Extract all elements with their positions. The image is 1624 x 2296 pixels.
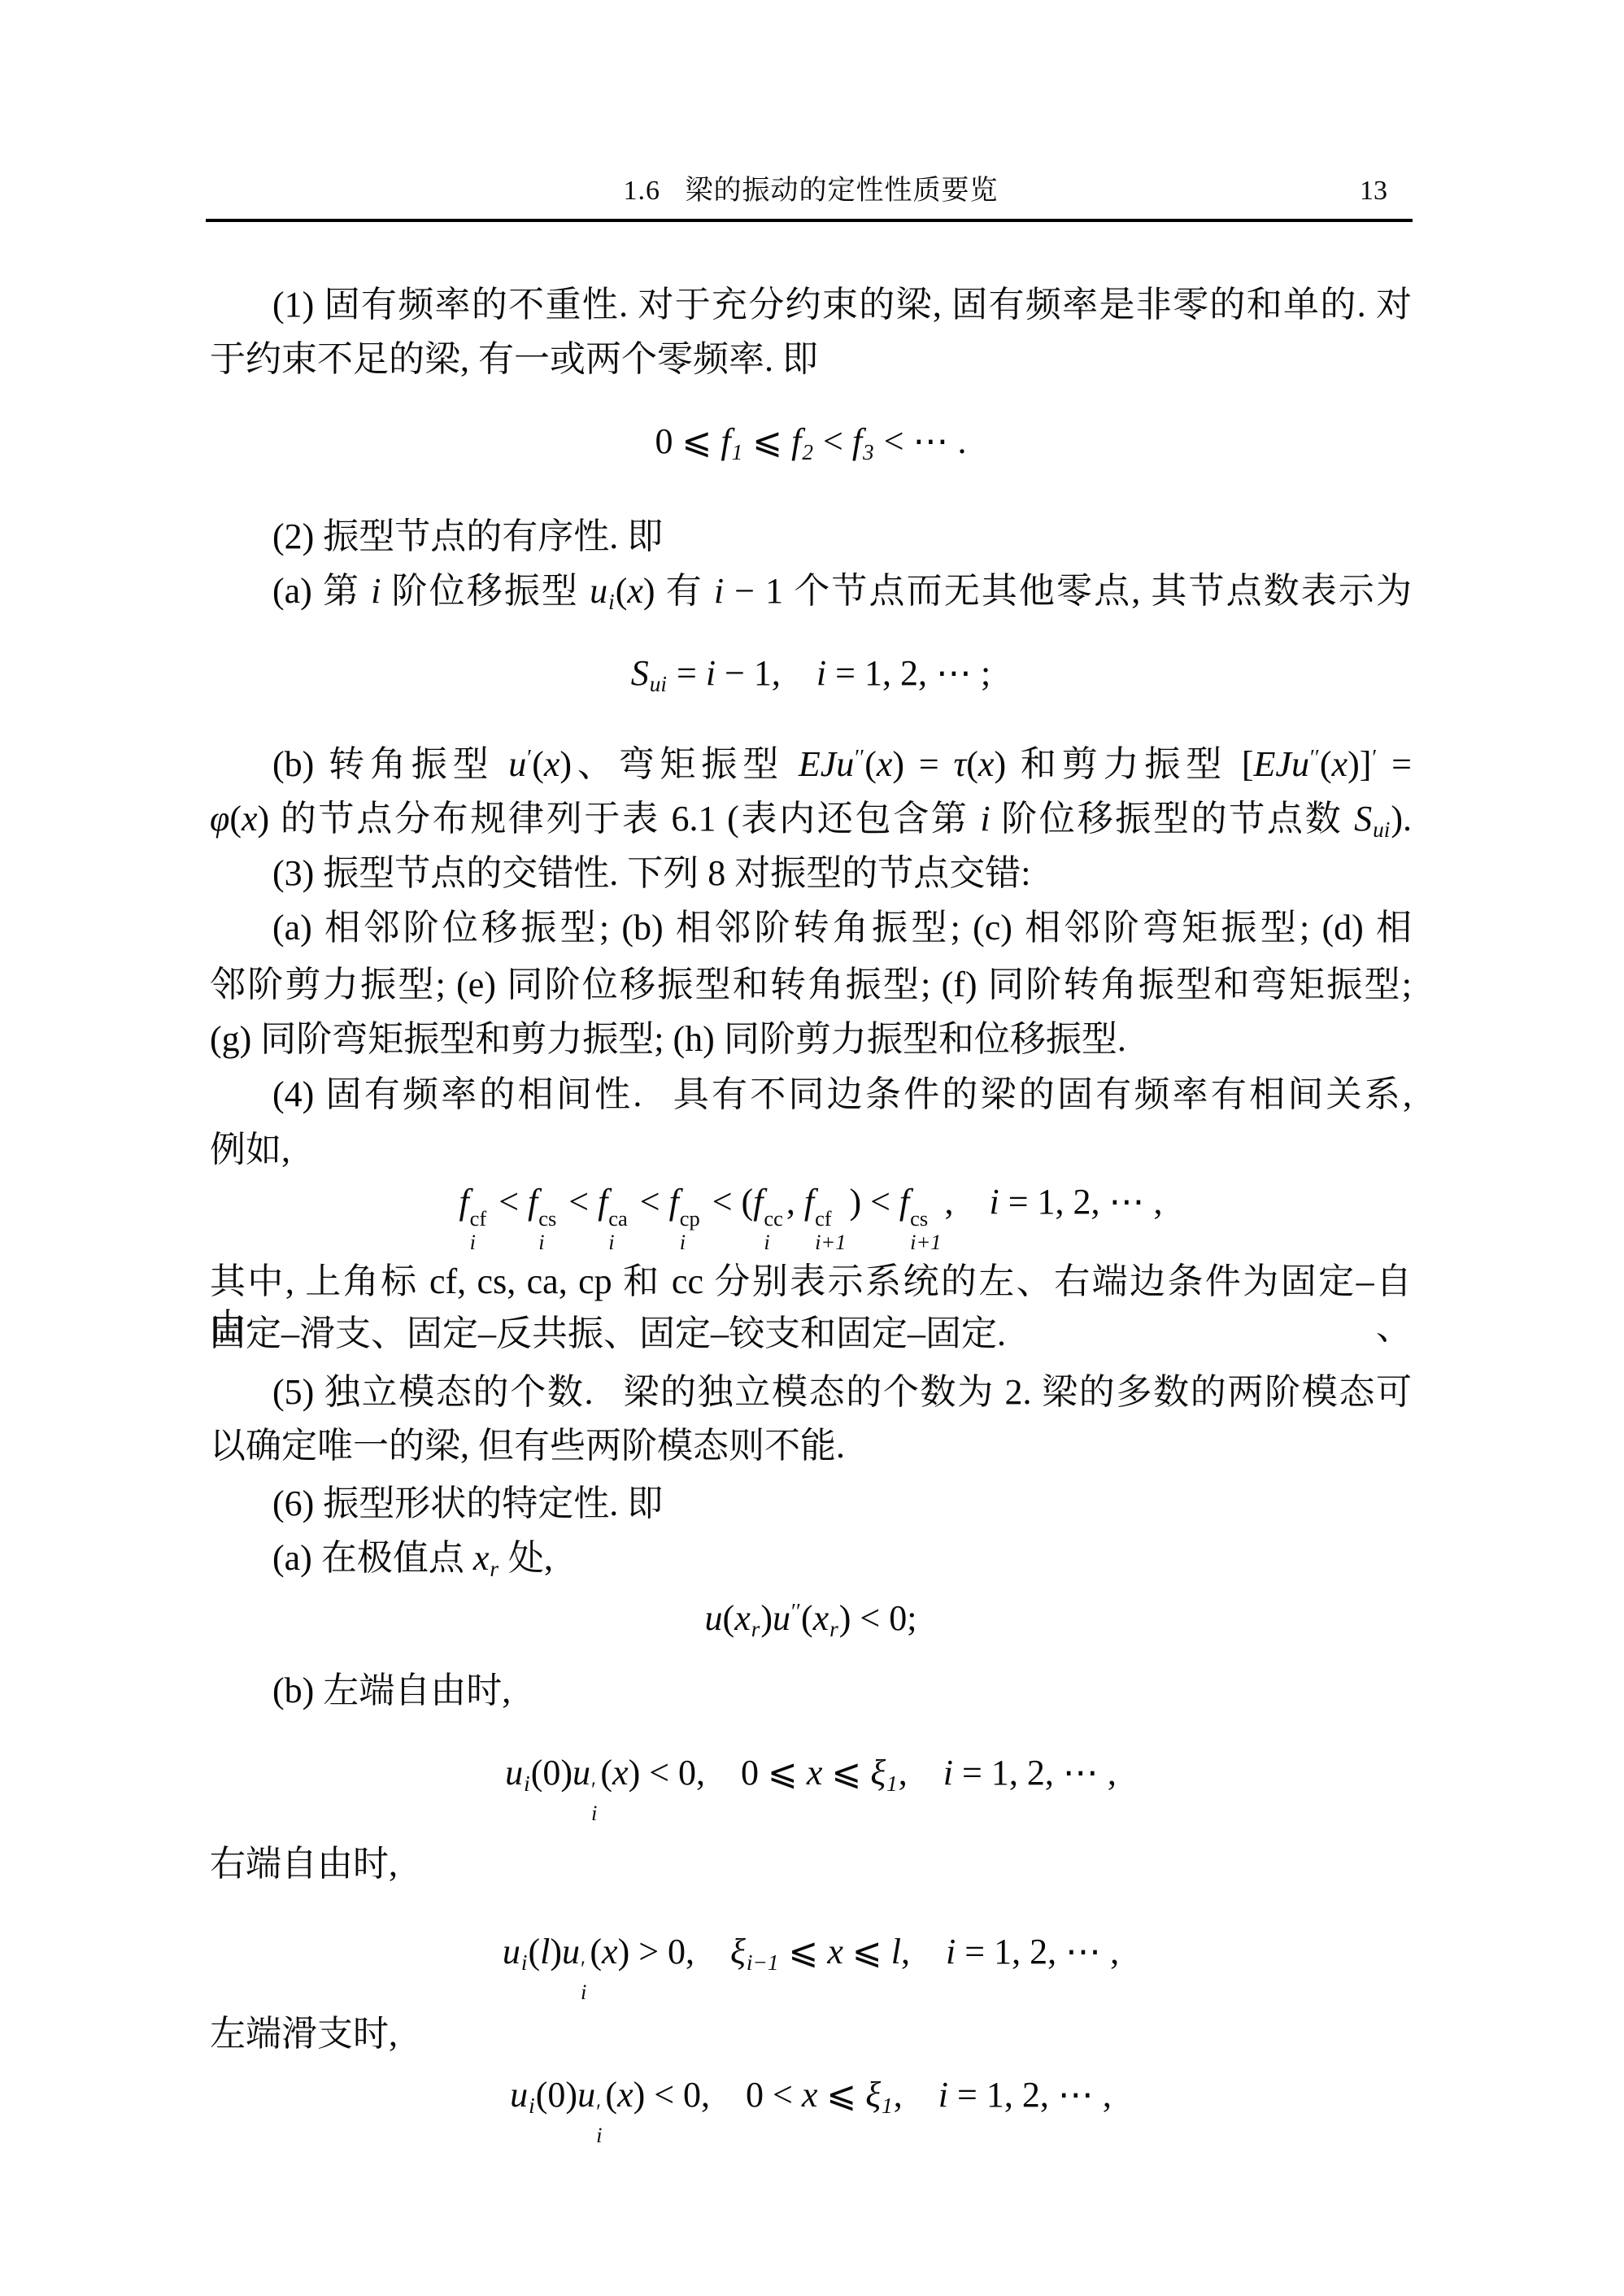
body-line-0: (1) 固有频率的不重性. 对于充分约束的梁, 固有频率是非零的和单的. 对 — [210, 282, 1412, 328]
body-line-9: (a) 相邻阶位移振型; (b) 相邻阶转角振型; (c) 相邻阶弯矩振型; (… — [210, 905, 1412, 951]
body-line-11: (g) 同阶弯矩振型和剪力振型; (h) 同阶剪力振型和位移振型. — [210, 1017, 1412, 1062]
body-line-3: (2) 振型节点的有序性. 即 — [210, 514, 1412, 560]
display-formula-5: Sui = i − 1, i = 1, 2, ⋯ ; — [210, 651, 1412, 696]
body-line-12: (4) 固有频率的相间性.具有不同边条件的梁的固有频率有相间关系, — [210, 1072, 1412, 1118]
body-line-8: (3) 振型节点的交错性. 下列 8 对振型的节点交错: — [210, 851, 1412, 896]
body-line-1: 于约束不足的梁, 有一或两个零频率. 即 — [210, 337, 1412, 382]
body-line-20: (a) 在极值点 xr 处, — [210, 1536, 1412, 1581]
body-line-6: (b) 转角振型 u′(x)、弯矩振型 EJu′′(x) = τ(x) 和剪力振… — [210, 742, 1412, 787]
body-line-13: 例如, — [210, 1127, 1412, 1173]
body-line-24: 右端自由时, — [210, 1841, 1412, 1887]
display-formula-21: u(xr)u′′(xr) < 0; — [210, 1596, 1412, 1641]
display-formula-2: 0 ⩽ f1 ⩽ f2 < f3 < ⋯ . — [210, 419, 1412, 464]
body-line-7: φ(x) 的节点分布规律列于表 6.1 (表内还包含第 i 阶位移振型的节点数 … — [210, 796, 1412, 842]
body-line-4: (a) 第 i 阶位移振型 ui(x) 有 i − 1 个节点而无其他零点, 其… — [210, 569, 1412, 614]
body-line-16: 固定–滑支、固定–反共振、固定–铰支和固定–固定. — [210, 1311, 1412, 1357]
display-formula-14: fcfi < fcsi < fcai < fcpi < (fcci, fcfi+… — [210, 1179, 1412, 1255]
body-line-10: 邻阶剪力振型; (e) 同阶位移振型和转角振型; (f) 同阶转角振型和弯矩振型… — [210, 962, 1412, 1008]
text-block: (1) 固有频率的不重性. 对于充分约束的梁, 固有频率是非零的和单的. 对于约… — [210, 0, 1412, 2296]
body-line-22: (b) 左端自由时, — [210, 1668, 1412, 1714]
body-line-17: (5) 独立模态的个数.梁的独立模态的个数为 2. 梁的多数的两阶模态可 — [210, 1370, 1412, 1415]
body-line-26: 左端滑支时, — [210, 2011, 1412, 2057]
display-formula-23: ui(0)u′i(x) < 0, 0 ⩽ x ⩽ ξ1, i = 1, 2, ⋯… — [210, 1750, 1412, 1826]
body-line-19: (6) 振型形状的特定性. 即 — [210, 1481, 1412, 1527]
display-formula-25: ui(l)u′i(x) > 0, ξi−1 ⩽ x ⩽ l, i = 1, 2,… — [210, 1929, 1412, 2005]
display-formula-27: ui(0)u′i(x) < 0, 0 < x ⩽ ξ1, i = 1, 2, ⋯… — [210, 2072, 1412, 2148]
body-line-18: 以确定唯一的梁, 但有些两阶模态则不能. — [210, 1423, 1412, 1469]
page: 1.6梁的振动的定性性质要览 13 (1) 固有频率的不重性. 对于充分约束的梁… — [0, 0, 1624, 2296]
